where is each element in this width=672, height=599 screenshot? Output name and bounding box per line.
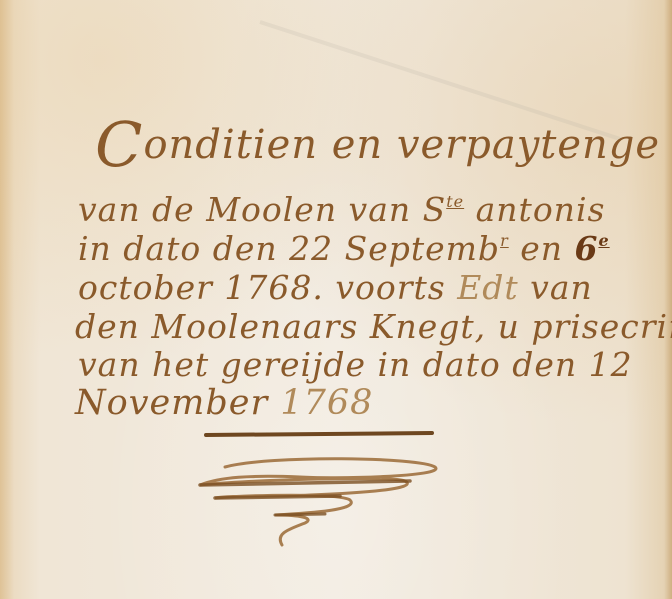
text-line-3: in dato den 22 Septembr en 6e [78,229,610,268]
line-text-after: antonis [464,190,605,229]
paper-edge-left [0,0,14,599]
decorated-initial: C [95,108,143,181]
line-text: November [75,383,280,423]
flourish-scribble [190,455,470,555]
underline-stroke [204,431,434,437]
paper-edge-right [664,0,672,599]
ordinal-superscript: e [598,231,609,250]
title-line: Conditien en verpaytenge [95,108,660,181]
text-line-5: den Moolenaars Knegt, u prisecringe [75,307,672,346]
superscript: te [446,192,464,211]
text-line-2: van de Moolen van Ste antonis [78,190,605,229]
day-number: 6 [574,229,598,268]
line-text: in dato den 22 Septemb [78,229,500,268]
line-text: van het gereijde in dato den 12 [78,345,633,384]
text-line-4: october 1768. voorts Edt van [78,268,593,307]
text-line-7: November 1768 [75,383,373,423]
line-text: october 1768. voorts [78,268,457,307]
title-text: onditien en verpaytenge [143,122,660,168]
line-text: van de Moolen van [78,190,423,229]
manuscript-page: Conditien en verpaytenge van de Moolen v… [0,0,672,599]
saint-abbrev: S [423,190,447,229]
line-text-after: en [509,229,575,268]
line-text: den Moolenaars Knegt, u prisecringe [75,307,672,346]
superscript: r [500,231,509,250]
text-line-6: van het gereijde in dato den 12 [78,345,633,384]
faint-abbrev: Edt [457,268,518,307]
line-text-after: van [519,268,593,307]
year: 1768 [280,383,373,423]
